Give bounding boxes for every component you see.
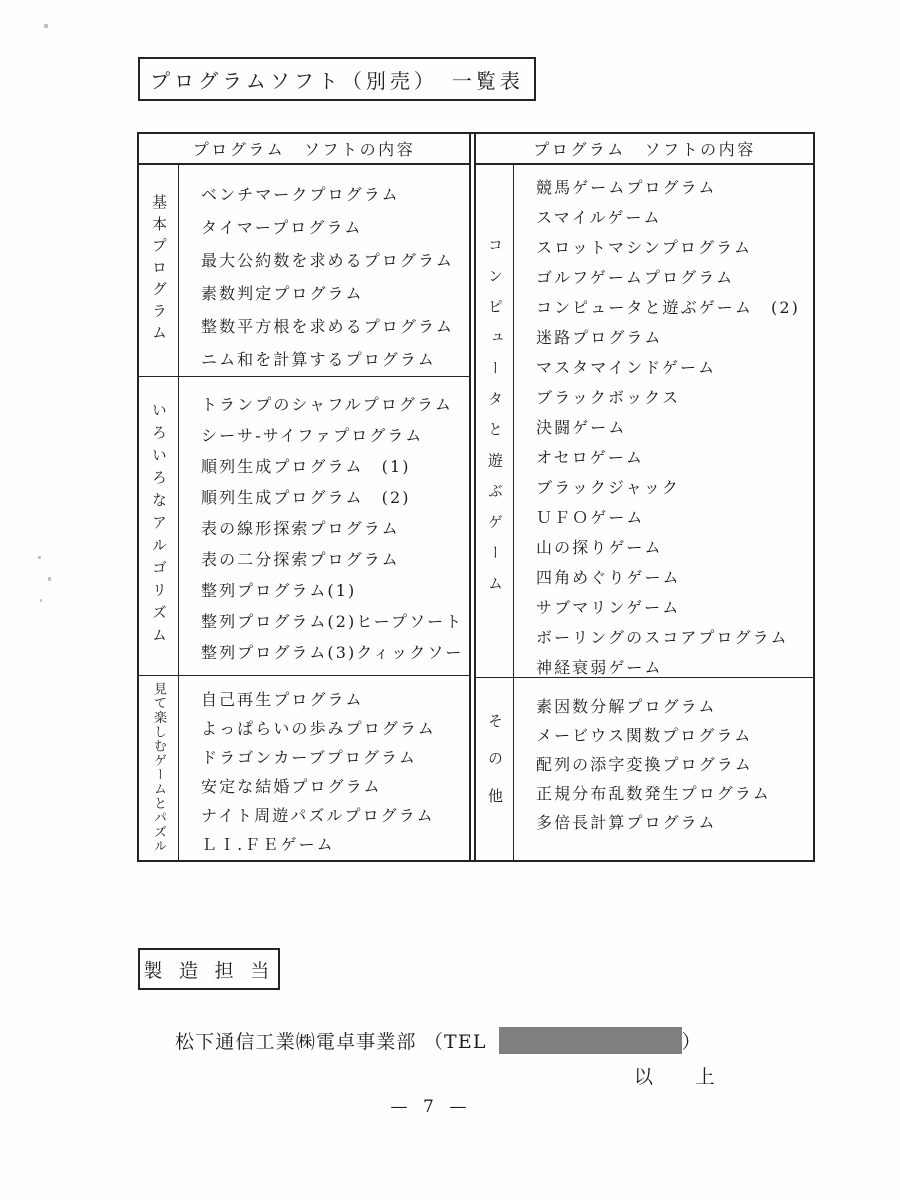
- scan-speck: [44, 24, 48, 28]
- program-item: 整数平方根を求めるプログラム: [201, 310, 469, 343]
- manufacturing-contact-box: 製 造 担 当: [138, 948, 280, 990]
- category-cell: 見て楽しむゲームとパズル: [139, 676, 179, 860]
- program-item: 表の二分探索プログラム: [201, 544, 469, 575]
- closing-statement: 以 上: [0, 1062, 716, 1089]
- category-label-others: その他: [487, 713, 502, 826]
- section-watch-games-puzzles: 見て楽しむゲームとパズル 自己再生プログラムよっぱらいの歩みプログラムドラゴンカ…: [139, 676, 469, 860]
- program-item: メービウス関数プログラム: [536, 721, 813, 750]
- category-cell: その他: [476, 678, 514, 860]
- scan-speck: [48, 577, 51, 581]
- program-item: シーサ-サイファプログラム: [201, 420, 469, 451]
- company-contact-line: 松下通信工業㈱電卓事業部 （TEL ）: [175, 1025, 702, 1055]
- program-item: 表の線形探索プログラム: [201, 513, 469, 544]
- table-left-half: プログラム ソフトの内容 基本プログラム ベンチマークプログラムタイマープログラ…: [139, 134, 469, 860]
- program-item: ブラックジャック: [536, 473, 813, 503]
- program-item: ベンチマークプログラム: [201, 178, 469, 211]
- category-label-basic-programs: 基本プログラム: [151, 194, 166, 346]
- program-item: 決闘ゲーム: [536, 413, 813, 443]
- program-item: 配列の添字変換プログラム: [536, 750, 813, 779]
- program-item: スマイルゲーム: [536, 203, 813, 233]
- company-line-close-paren: ）: [682, 1027, 702, 1054]
- scan-speck: [40, 599, 42, 602]
- category-cell: 基本プログラム: [139, 165, 179, 376]
- table-center-double-rule: [469, 134, 476, 860]
- program-item: ＬＩ.ＦＥゲーム: [201, 830, 469, 859]
- program-item: ＵＦＯゲーム: [536, 503, 813, 533]
- program-item: 順列生成プログラム (1): [201, 451, 469, 482]
- program-item: 迷路プログラム: [536, 323, 813, 353]
- page-number: — 7 —: [0, 1097, 862, 1117]
- program-item: マスタマインドゲーム: [536, 353, 813, 383]
- program-list-computer-games: 競馬ゲームプログラムスマイルゲームスロットマシンプログラムゴルフゲームプログラム…: [514, 165, 813, 677]
- program-item: ドラゴンカーブプログラム: [201, 743, 469, 772]
- document-title: プログラムソフト（別売） 一覧表: [150, 65, 524, 94]
- category-label-watch-games-puzzles: 見て楽しむゲームとパズル: [152, 682, 165, 854]
- company-name-text: 松下通信工業㈱電卓事業部 （TEL: [175, 1027, 487, 1054]
- program-item: 順列生成プログラム (2): [201, 482, 469, 513]
- program-item: 整列プログラム(3)クィックソート: [201, 637, 469, 668]
- program-item: サブマリンゲーム: [536, 593, 813, 623]
- section-computer-games: コンピュータと遊ぶゲーム 競馬ゲームプログラムスマイルゲームスロットマシンプログ…: [476, 165, 813, 678]
- program-item: 素因数分解プログラム: [536, 692, 813, 721]
- program-list-basic: ベンチマークプログラムタイマープログラム最大公約数を求めるプログラム素数判定プロ…: [179, 165, 469, 376]
- category-label-various-algorithms: いろいろなアルゴリズム: [151, 402, 166, 650]
- program-item: オセロゲーム: [536, 443, 813, 473]
- program-item: トランプのシャフルプログラム: [201, 389, 469, 420]
- program-item: ブラックボックス: [536, 383, 813, 413]
- program-item: 競馬ゲームプログラム: [536, 173, 813, 203]
- table-right-half: プログラム ソフトの内容 コンピュータと遊ぶゲーム 競馬ゲームプログラムスマイル…: [476, 134, 813, 860]
- program-item: 多倍長計算プログラム: [536, 808, 813, 837]
- program-item: ゴルフゲームプログラム: [536, 263, 813, 293]
- program-item: 神経衰弱ゲーム: [536, 653, 813, 677]
- category-label-computer-games: コンピュータと遊ぶゲーム: [487, 237, 502, 606]
- program-item: 正規分布乱数発生プログラム: [536, 779, 813, 808]
- program-item: スロットマシンプログラム: [536, 233, 813, 263]
- program-list-watch-games: 自己再生プログラムよっぱらいの歩みプログラムドラゴンカーブプログラム安定な結婚プ…: [179, 676, 469, 860]
- program-item: 山の探りゲーム: [536, 533, 813, 563]
- program-item: よっぱらいの歩みプログラム: [201, 714, 469, 743]
- section-various-algorithms: いろいろなアルゴリズム トランプのシャフルプログラムシーサ-サイファプログラム順…: [139, 377, 469, 676]
- scanned-document-page: プログラムソフト（別売） 一覧表 プログラム ソフトの内容 基本プログラム ベン…: [0, 0, 900, 1200]
- redacted-phone-number: [499, 1027, 682, 1054]
- program-item: コンピュータと遊ぶゲーム (2): [536, 293, 813, 323]
- program-item: 自己再生プログラム: [201, 685, 469, 714]
- section-basic-programs: 基本プログラム ベンチマークプログラムタイマープログラム最大公約数を求めるプログ…: [139, 165, 469, 377]
- program-item: ニム和を計算するプログラム: [201, 343, 469, 376]
- program-item: 整列プログラム(1): [201, 575, 469, 606]
- program-item: 安定な結婚プログラム: [201, 772, 469, 801]
- program-item: 四角めぐりゲーム: [536, 563, 813, 593]
- program-item: 整列プログラム(2)ヒープソート: [201, 606, 469, 637]
- category-cell: コンピュータと遊ぶゲーム: [476, 165, 514, 677]
- scan-speck: [38, 556, 41, 559]
- program-list-others: 素因数分解プログラムメービウス関数プログラム配列の添字変換プログラム正規分布乱数…: [514, 678, 813, 860]
- program-item: ナイト周遊パズルプログラム: [201, 801, 469, 830]
- section-others: その他 素因数分解プログラムメービウス関数プログラム配列の添字変換プログラム正規…: [476, 678, 813, 860]
- program-item: タイマープログラム: [201, 211, 469, 244]
- software-list-table: プログラム ソフトの内容 基本プログラム ベンチマークプログラムタイマープログラ…: [137, 132, 815, 862]
- right-column-header: プログラム ソフトの内容: [476, 134, 813, 165]
- category-cell: いろいろなアルゴリズム: [139, 377, 179, 675]
- program-item: 素数判定プログラム: [201, 277, 469, 310]
- manufacturing-contact-label: 製 造 担 当: [143, 956, 274, 983]
- program-item: 最大公約数を求めるプログラム: [201, 244, 469, 277]
- document-title-box: プログラムソフト（別売） 一覧表: [138, 57, 536, 101]
- program-item: ボーリングのスコアプログラム: [536, 623, 813, 653]
- program-list-algorithms: トランプのシャフルプログラムシーサ-サイファプログラム順列生成プログラム (1)…: [179, 377, 469, 675]
- left-column-header: プログラム ソフトの内容: [139, 134, 469, 165]
